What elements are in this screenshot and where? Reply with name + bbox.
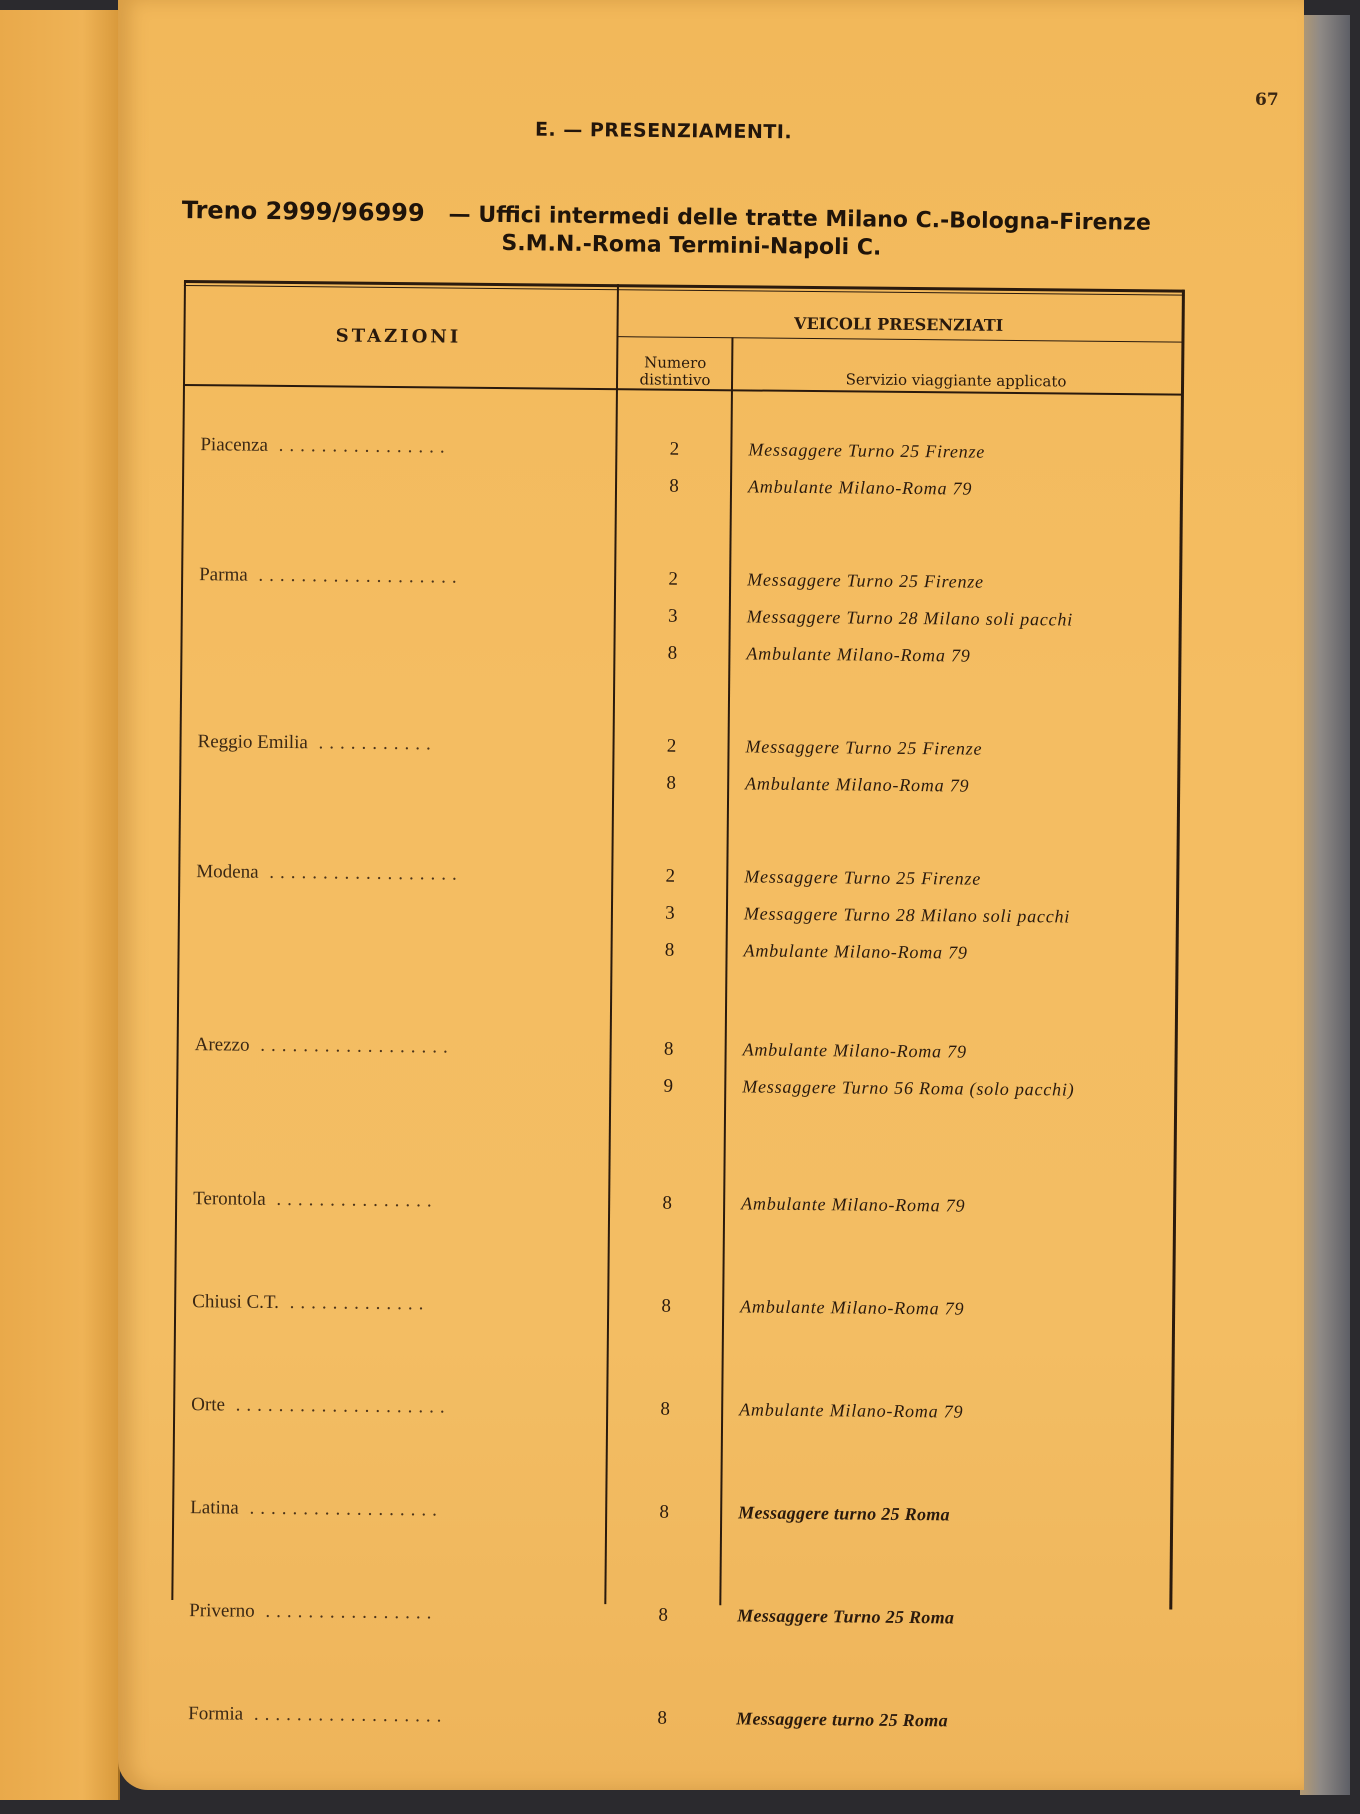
leader-dots: .............	[279, 1292, 430, 1314]
servizio-viaggiante: Messaggere Turno 28 Milano soli pacchi	[747, 606, 1073, 630]
station-name: Formia ..................	[188, 1703, 598, 1729]
header-servizio: Servizio viaggiante applicato	[733, 369, 1179, 391]
leader-dots: ....................	[225, 1394, 451, 1417]
servizio-viaggiante: Ambulante Milano-Roma 79	[741, 1193, 965, 1216]
servizio-viaggiante: Ambulante Milano-Roma 79	[746, 643, 970, 666]
numero-distintivo: 8	[610, 1192, 724, 1215]
station-label: Terontola	[193, 1188, 266, 1210]
numero-distintivo: 2	[617, 438, 731, 461]
servizio-viaggiante: Messaggere Turno 25 Firenze	[748, 439, 985, 462]
station-label: Chiusi C.T.	[192, 1291, 279, 1313]
station-label: Priverno	[189, 1600, 255, 1622]
servizio-viaggiante: Ambulante Milano-Roma 79	[743, 1039, 967, 1062]
servizio-viaggiante: Messaggere Turno 25 Roma	[737, 1605, 954, 1628]
numero-distintivo: 8	[612, 939, 726, 962]
station-label: Arezzo	[195, 1034, 250, 1056]
train-heading: Treno 2999/96999— Uffici intermedi delle…	[181, 196, 1162, 266]
leader-dots: ..................	[249, 1035, 453, 1058]
numero-distintivo: 8	[615, 642, 729, 665]
table-row: Latina ..................8Messaggere tur…	[172, 1497, 1172, 1544]
servizio-viaggiante: Ambulante Milano-Roma 79	[740, 1296, 964, 1319]
servizio-viaggiante: Ambulante Milano-Roma 79	[748, 476, 972, 499]
numero-distintivo: 8	[606, 1604, 720, 1627]
leader-dots: ...................	[248, 565, 463, 588]
station-label: Piacenza	[200, 434, 268, 456]
servizio-viaggiante: Messaggere Turno 25 Firenze	[744, 866, 981, 889]
numero-distintivo: 8	[607, 1501, 721, 1524]
leader-dots: ................	[255, 1601, 438, 1624]
station-name: Orte ....................	[191, 1394, 601, 1420]
station-name: Parma ...................	[199, 564, 609, 590]
station-label: Orte	[191, 1394, 225, 1415]
servizio-viaggiante: Ambulante Milano-Roma 79	[745, 773, 969, 796]
numero-distintivo: 8	[617, 475, 731, 498]
station-label: Reggio Emilia	[197, 731, 307, 753]
numero-distintivo: 8	[609, 1295, 723, 1318]
station-name: Priverno ................	[189, 1600, 599, 1626]
station-label: Formia	[188, 1703, 243, 1725]
numero-distintivo: 3	[613, 902, 727, 925]
numero-distintivo: 2	[614, 735, 728, 758]
header-numero-distintivo: Numero distintivo	[618, 354, 732, 389]
servizio-viaggiante: Messaggere turno 25 Roma	[738, 1502, 950, 1525]
numero-distintivo: 2	[613, 865, 727, 888]
station-name: Terontola ...............	[193, 1188, 603, 1214]
numero-distintivo: 3	[616, 605, 730, 628]
servizio-viaggiante: Messaggere Turno 25 Firenze	[745, 736, 982, 759]
station-name: Reggio Emilia ...........	[197, 731, 607, 757]
station-name: Arezzo ..................	[195, 1034, 605, 1060]
presenziamenti-table: STAZIONI VEICOLI PRESENZIATI Numero dist…	[171, 280, 1186, 1620]
station-label: Latina	[190, 1497, 239, 1518]
numero-distintivo: 8	[605, 1707, 719, 1730]
numero-distintivo: 9	[611, 1075, 725, 1098]
header-veicoli-presenziati: VEICOLI PRESENZIATI	[619, 312, 1179, 336]
facing-page	[0, 10, 120, 1800]
servizio-viaggiante: Messaggere Turno 28 Milano soli pacchi	[744, 903, 1070, 927]
train-number: Treno 2999/96999	[182, 196, 425, 227]
leader-dots: ..................	[258, 862, 462, 885]
station-name: Piacenza ................	[200, 434, 610, 460]
station-name: Chiusi C.T. .............	[192, 1291, 602, 1317]
leader-dots: ...............	[266, 1189, 438, 1212]
leader-dots: ................	[268, 435, 451, 458]
table-row: Orte ....................8Ambulante Mila…	[173, 1394, 1173, 1441]
servizio-viaggiante: Ambulante Milano-Roma 79	[743, 940, 967, 963]
subheader-rule	[618, 336, 1183, 342]
servizio-viaggiante: Messaggere Turno 56 Roma (solo pacchi)	[742, 1076, 1074, 1100]
leader-dots: ...........	[308, 732, 437, 754]
table-row: Terontola ...............8Ambulante Mila…	[175, 1188, 1175, 1235]
numero-distintivo: 8	[608, 1398, 722, 1421]
leader-dots: ..................	[243, 1704, 447, 1727]
station-label: Parma	[199, 564, 248, 585]
page-edges	[1300, 15, 1350, 1795]
station-name: Latina ..................	[190, 1497, 600, 1523]
page-number: 67	[1255, 90, 1279, 110]
table-row: Chiusi C.T. .............8Ambulante Mila…	[174, 1291, 1174, 1338]
section-title: E. — PRESENZIAMENTI.	[535, 119, 792, 144]
station-name: Modena ..................	[196, 861, 606, 887]
station-label: Modena	[196, 861, 258, 883]
numero-distintivo: 8	[612, 1038, 726, 1061]
leader-dots: ..................	[239, 1498, 443, 1521]
numero-distintivo: 2	[616, 568, 730, 591]
header-stazioni: STAZIONI	[183, 324, 613, 349]
numero-distintivo: 8	[614, 772, 728, 795]
servizio-viaggiante: Messaggere turno 25 Roma	[736, 1708, 948, 1731]
servizio-viaggiante: Messaggere Turno 25 Firenze	[747, 569, 984, 592]
servizio-viaggiante: Ambulante Milano-Roma 79	[739, 1399, 963, 1422]
